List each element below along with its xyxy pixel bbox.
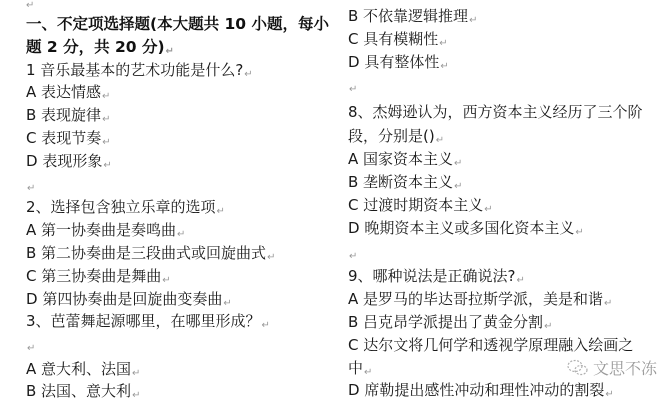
paragraph-mark: ↵ [484, 204, 492, 215]
paragraph-mark: ↵ [364, 367, 372, 378]
section-heading-line-2: 题 2 分，共 20 分)↵ [26, 36, 174, 58]
paragraph-mark: ↵ [102, 114, 110, 125]
option-line: B 垄断资本主义↵ [348, 171, 462, 193]
paragraph-mark: ↵ [517, 275, 525, 286]
option-line: A 国家资本主义↵ [348, 148, 462, 170]
option-line: B 法国、意大利↵ [26, 380, 140, 400]
paragraph-mark: ↵ [469, 15, 477, 26]
option-line: D 表现形象↵ [26, 150, 112, 172]
paragraph-mark: ↵ [605, 389, 613, 400]
watermark-text: 文思不冻 [593, 356, 657, 379]
option-line: D 具有整体性↵ [348, 51, 449, 73]
empty-paragraph: ↵ [26, 333, 35, 355]
option-line: C 达尔文将几何学和透视学原理融入绘画之 [348, 334, 633, 356]
option-line-continuation: 中↵ [348, 357, 372, 379]
paragraph-mark: ↵ [262, 320, 270, 331]
wechat-icon [567, 359, 589, 377]
question-2: 2、选择包含独立乐章的选项↵ [26, 196, 225, 218]
section-heading-line-1: 一、不定项选择题(本大题共 10 小题，每小 [26, 13, 329, 35]
paragraph-mark: ↵ [27, 343, 35, 354]
paragraph-mark: ↵ [103, 160, 111, 171]
question-8-line-1: 8、杰姆逊认为，西方资本主义经历了三个阶 [348, 101, 643, 123]
option-line: A 第一协奏曲是奏鸣曲↵ [26, 219, 185, 241]
paragraph-mark: ↵ [440, 61, 448, 72]
question-1: 1 音乐最基本的艺术功能是什么?↵ [26, 59, 253, 81]
paragraph-mark: ↵ [575, 227, 583, 238]
paragraph-mark: ↵ [544, 321, 552, 332]
option-line: B 第二协奏曲是三段曲式或回旋曲式↵ [26, 242, 275, 264]
option-line: C 第三协奏曲是舞曲↵ [26, 265, 171, 287]
option-line: C 表现节奏↵ [26, 127, 111, 149]
option-line: C 过渡时期资本主义↵ [348, 194, 493, 216]
option-line: D 晚期资本主义或多国化资本主义↵ [348, 217, 584, 239]
option-line: D 第四协奏曲是回旋曲变奏曲↵ [26, 288, 232, 310]
paragraph-mark: ↵ [604, 298, 612, 309]
paragraph-mark: ↵ [132, 390, 140, 400]
question-3: 3、芭蕾舞起源哪里，在哪里形成？↵ [26, 310, 270, 332]
paragraph-mark: ↵ [349, 251, 357, 262]
option-line: B 吕克昂学派提出了黄金分割↵ [348, 311, 552, 333]
paragraph-mark: ↵ [244, 69, 252, 80]
option-line: B 不依靠逻辑推理↵ [348, 5, 477, 27]
paragraph-mark: ↵ [454, 158, 462, 169]
option-line: A 意大利、法国↵ [26, 358, 140, 380]
watermark: 文思不冻 [567, 356, 657, 379]
paragraph-mark: ↵ [349, 84, 357, 95]
paragraph-mark: ↵ [436, 135, 444, 146]
paragraph-mark: ↵ [439, 38, 447, 49]
option-line: A 表达情感↵ [26, 81, 110, 103]
empty-paragraph: ↵ [348, 241, 357, 263]
paragraph-mark: ↵ [27, 183, 35, 194]
paragraph-mark: ↵ [454, 181, 462, 192]
paragraph-mark: ↵ [26, 0, 34, 11]
paragraph-mark: ↵ [267, 252, 275, 263]
option-line: A 是罗马的毕达哥拉斯学派，美是和谐↵ [348, 288, 612, 310]
question-9: 9、哪种说法是正确说法?↵ [348, 265, 525, 287]
option-line: D 席勒提出感性冲动和理性冲动的割裂↵ [348, 379, 614, 400]
empty-paragraph: ↵ [26, 173, 35, 195]
option-line: B 表现旋律↵ [26, 104, 110, 126]
paragraph-mark: ↵ [102, 91, 110, 102]
option-line: C 具有模糊性↵ [348, 28, 448, 50]
question-8-line-2: 段，分别是()↵ [348, 125, 444, 147]
paragraph-mark: ↵ [132, 368, 140, 379]
paragraph-mark: ↵ [223, 298, 231, 309]
paragraph-mark: ↵ [217, 206, 225, 217]
empty-paragraph: ↵ [348, 74, 357, 96]
paragraph-mark: ↵ [162, 275, 170, 286]
paragraph-mark: ↵ [166, 46, 174, 57]
paragraph-mark: ↵ [177, 229, 185, 240]
paragraph-mark: ↵ [102, 137, 110, 148]
